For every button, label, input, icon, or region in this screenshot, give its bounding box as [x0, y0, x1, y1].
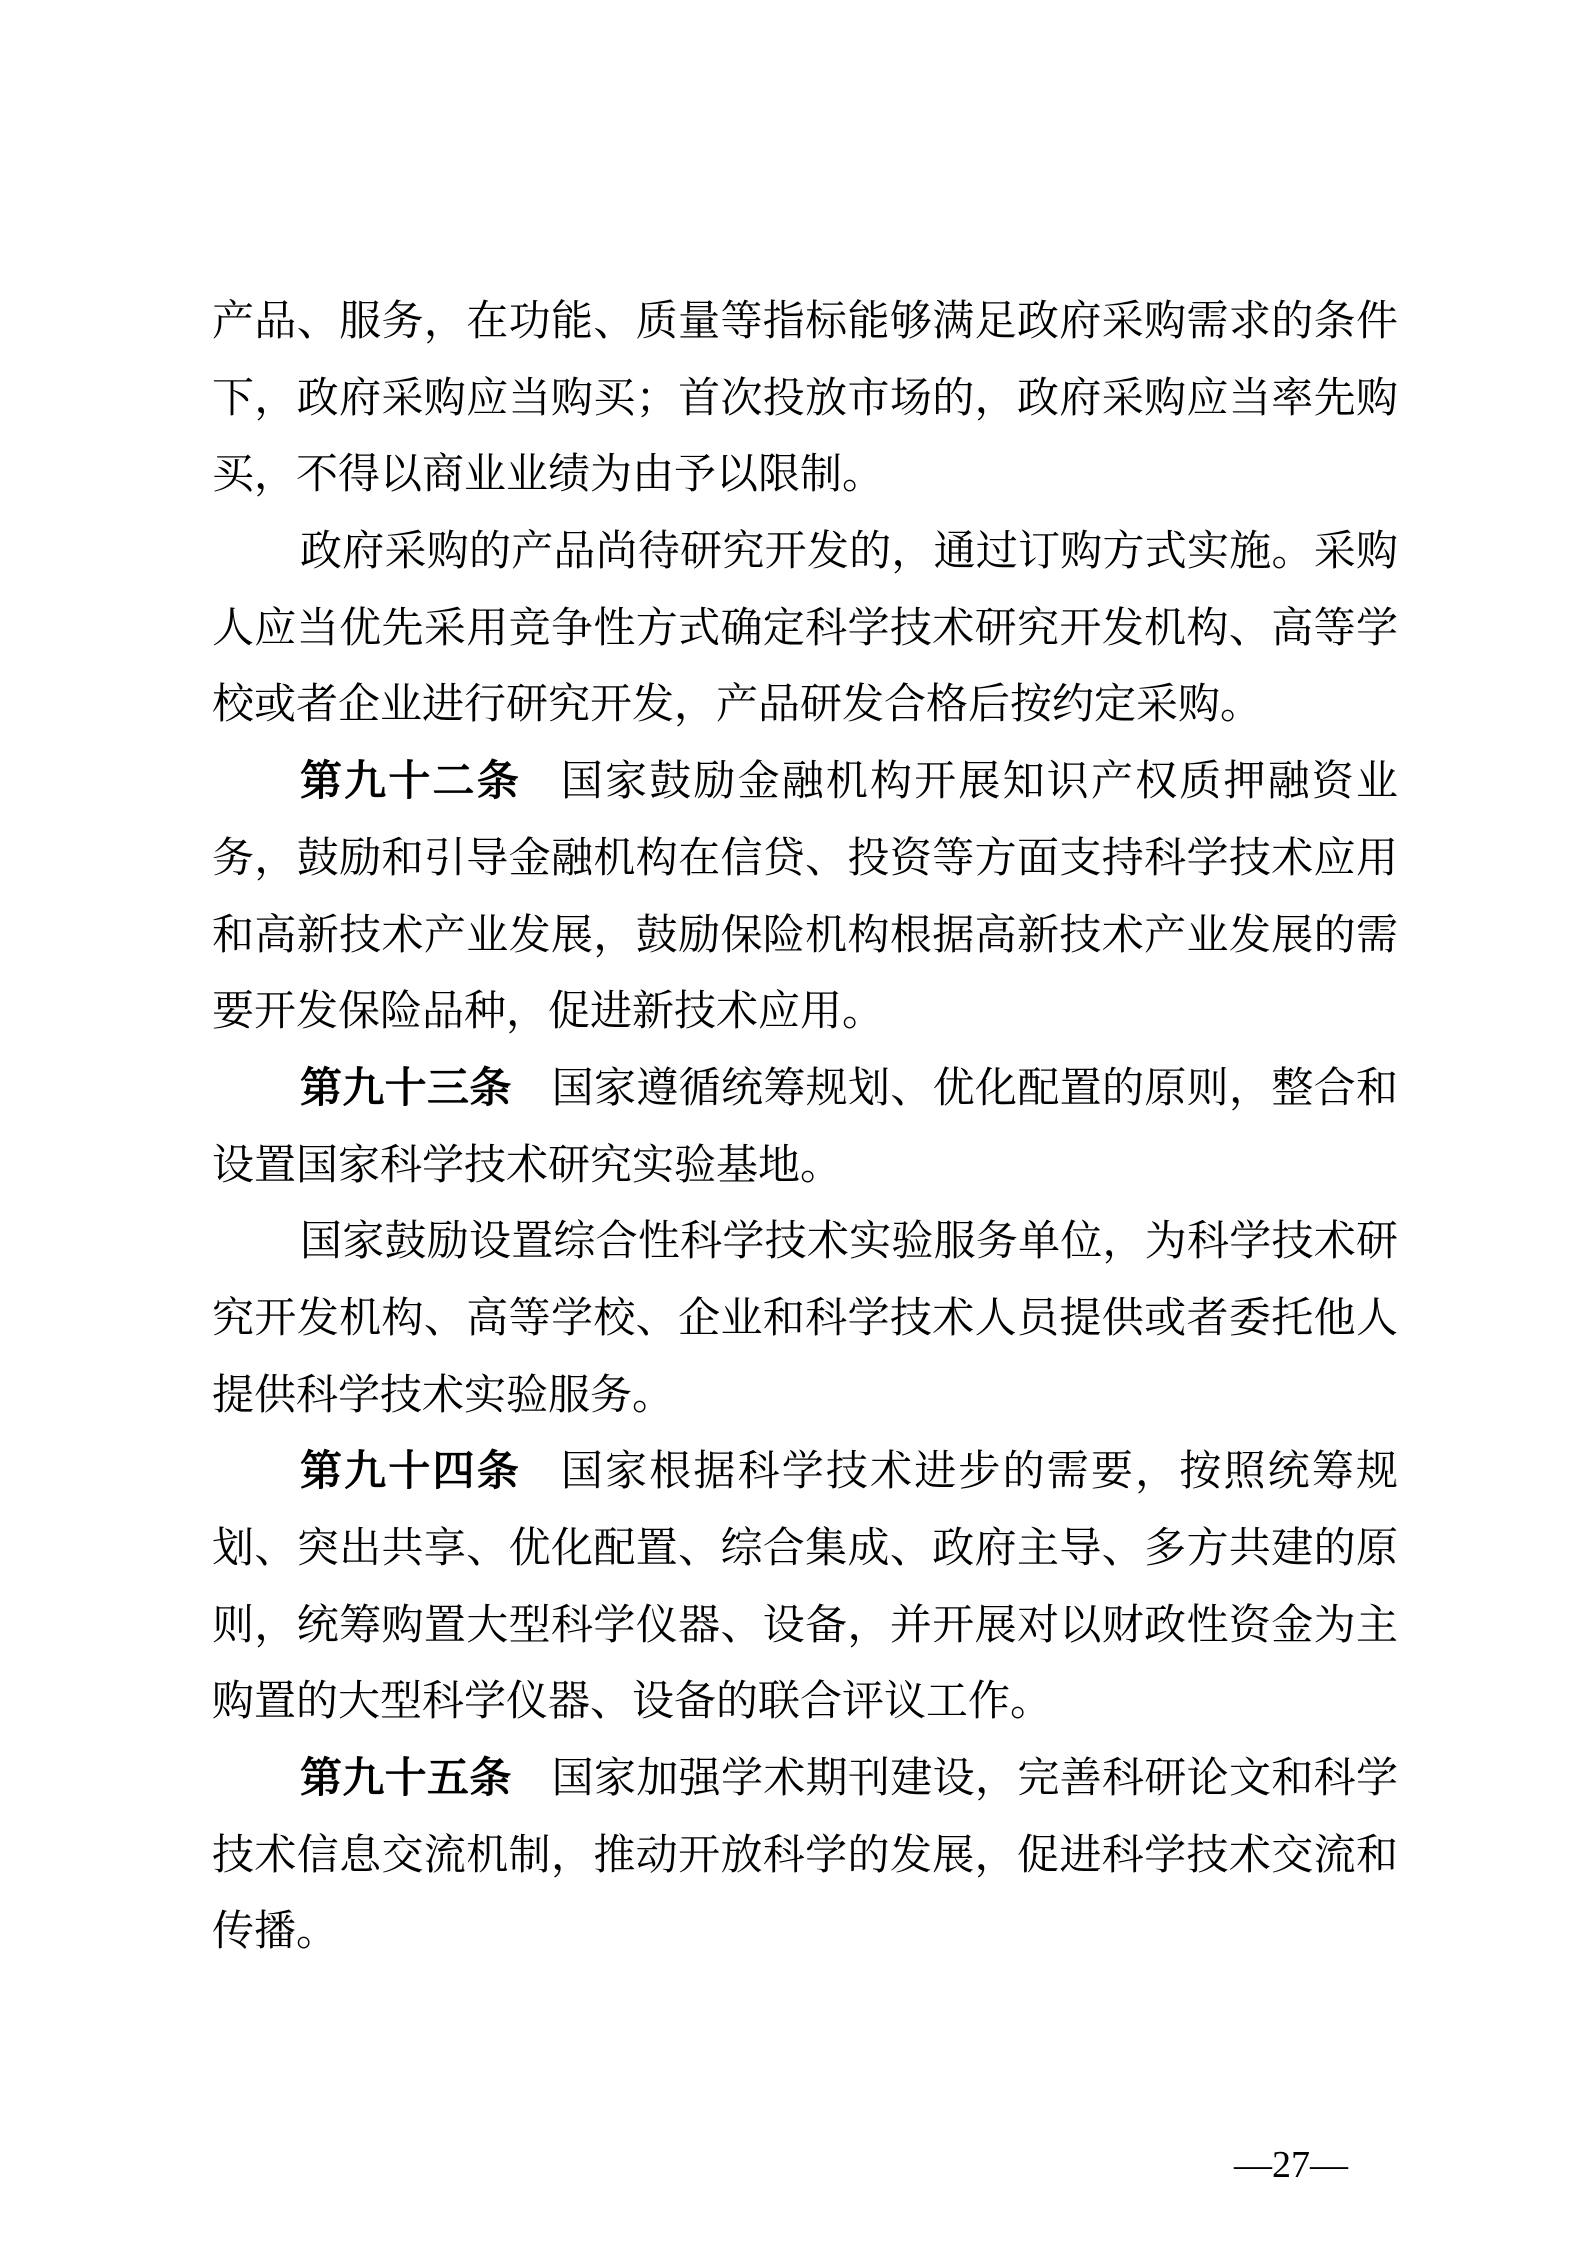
text-line: 买，不得以商业业绩为由予以限制。 — [212, 437, 1398, 514]
text-line: 设置国家科学技术研究实验基地。 — [212, 1128, 1398, 1205]
text-line: 第九十三条国家遵循统筹规划、优化配置的原则，整合和 — [212, 1051, 1398, 1128]
text-line: 购置的大型科学仪器、设备的联合评议工作。 — [212, 1664, 1398, 1741]
text-line: 下，政府采购应当购买；首次投放市场的，政府采购应当率先购 — [212, 361, 1398, 438]
text-line: 提供科学技术实验服务。 — [212, 1358, 1398, 1435]
line-text: 国家鼓励金融机构开展知识产权质押融资业 — [561, 759, 1398, 805]
text-line: 第九十二条国家鼓励金融机构开展知识产权质押融资业 — [212, 744, 1398, 821]
text-line: 划、突出共享、优化配置、综合集成、政府主导、多方共建的原 — [212, 1511, 1398, 1588]
text-line: 务，鼓励和引导金融机构在信贷、投资等方面支持科学技术应用 — [212, 821, 1398, 898]
text-line: 第九十四条国家根据科学技术进步的需要，按照统筹规 — [212, 1434, 1398, 1511]
text-line: 究开发机构、高等学校、企业和科学技术人员提供或者委托他人 — [212, 1281, 1398, 1358]
article-number: 第九十四条 — [300, 1449, 521, 1495]
law-text: 产品、服务，在功能、质量等指标能够满足政府采购需求的条件下，政府采购应当购买；首… — [212, 284, 1398, 1971]
text-line: 和高新技术产业发展，鼓励保险机构根据高新技术产业发展的需 — [212, 898, 1398, 975]
text-line: 技术信息交流机制，推动开放科学的发展，促进科学技术交流和 — [212, 1818, 1398, 1895]
article-number: 第九十三条 — [300, 1066, 512, 1112]
text-line: 产品、服务，在功能、质量等指标能够满足政府采购需求的条件 — [212, 284, 1398, 361]
document-page: 产品、服务，在功能、质量等指标能够满足政府采购需求的条件下，政府采购应当购买；首… — [0, 0, 1587, 2245]
line-text: 国家根据科学技术进步的需要，按照统筹规 — [561, 1449, 1398, 1495]
article-number: 第九十二条 — [300, 759, 521, 805]
text-line: 校或者企业进行研究开发，产品研发合格后按约定采购。 — [212, 667, 1398, 744]
article-number: 第九十五条 — [300, 1756, 512, 1802]
text-line: 则，统筹购置大型科学仪器、设备，并开展对以财政性资金为主 — [212, 1588, 1398, 1665]
text-line: 第九十五条国家加强学术期刊建设，完善科研论文和科学 — [212, 1741, 1398, 1818]
line-text: 国家遵循统筹规划、优化配置的原则，整合和 — [552, 1066, 1398, 1112]
text-line: 政府采购的产品尚待研究开发的，通过订购方式实施。采购 — [212, 514, 1398, 591]
text-line: 传播。 — [212, 1894, 1398, 1971]
text-line: 国家鼓励设置综合性科学技术实验服务单位，为科学技术研 — [212, 1204, 1398, 1281]
text-line: 人应当优先采用竞争性方式确定科学技术研究开发机构、高等学 — [212, 591, 1398, 668]
text-line: 要开发保险品种，促进新技术应用。 — [212, 974, 1398, 1051]
page-number: —27— — [1234, 2141, 1348, 2189]
line-text: 国家加强学术期刊建设，完善科研论文和科学 — [552, 1756, 1398, 1802]
